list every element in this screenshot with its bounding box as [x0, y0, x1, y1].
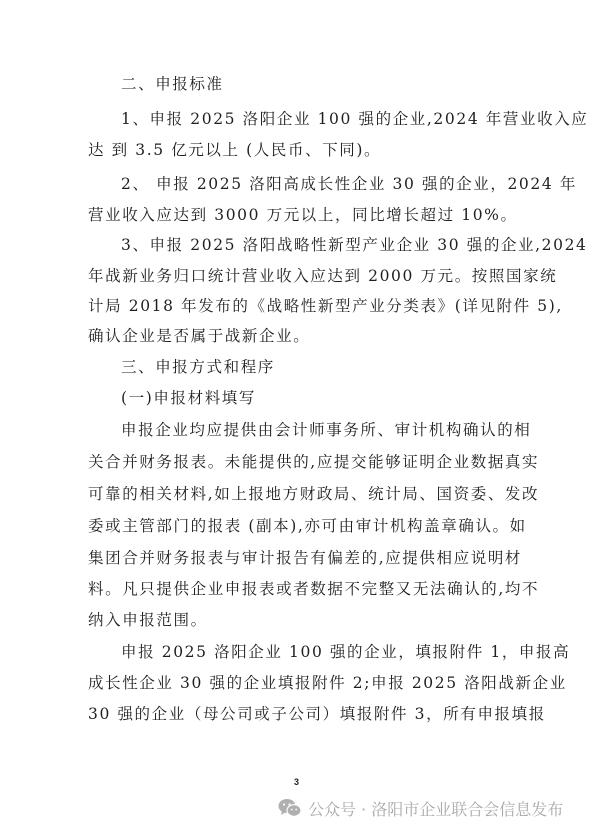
text-line: 二、申报标准 — [121, 72, 508, 96]
page-number: 3 — [294, 777, 299, 787]
text-line: 关合并财务报表。未能提供的,应提交能够证明企业数据真实 — [88, 450, 508, 474]
text-line: 营业收入应达到 3000 万元以上，同比增长超过 10%。 — [88, 203, 508, 227]
watermark: 公众号 · 洛阳市企业联合会信息发布 — [278, 796, 563, 820]
text-line: 集团合并财务报表与审计报告有偏差的,应提供相应说明材 — [88, 546, 508, 570]
text-line: 1、申报 2025 洛阳企业 100 强的企业,2024 年营业收入应 — [121, 107, 508, 131]
text-line: 申报企业均应提供由会计师事务所、审计机构确认的相 — [121, 418, 508, 442]
text-line: (一)申报材料填写 — [121, 386, 508, 410]
text-line: 成长性企业 30 强的企业填报附件 2;申报 2025 洛阳战新企业 — [88, 671, 508, 695]
wechat-icon — [278, 798, 302, 818]
text-line: 达 到 3.5 亿元以上 (人民币、下同)。 — [88, 138, 508, 162]
text-line: 年战新业务归口统计营业收入应达到 2000 万元。按照国家统 — [88, 264, 508, 288]
text-line: 纳入申报范围。 — [88, 608, 508, 632]
text-line: 2、 申报 2025 洛阳高成长性企业 30 强的企业，2024 年 — [121, 172, 508, 196]
text-line: 委或主管部门的报表 (副本),亦可由审计机构盖章确认。如 — [88, 514, 508, 538]
text-line: 料。凡只提供企业申报表或者数据不完整又无法确认的,均不 — [88, 577, 508, 601]
document-page: 二、申报标准1、申报 2025 洛阳企业 100 强的企业,2024 年营业收入… — [0, 0, 593, 834]
text-line: 可靠的相关材料,如上报地方财政局、统计局、国资委、发改 — [88, 482, 508, 506]
text-line: 确认企业是否属于战新企业。 — [88, 324, 508, 348]
watermark-text: 公众号 · 洛阳市企业联合会信息发布 — [308, 797, 563, 820]
text-line: 3、申报 2025 洛阳战略性新型产业企业 30 强的企业,2024 — [121, 233, 508, 257]
text-line: 30 强的企业（母公司或子公司）填报附件 3，所有申报填报 — [88, 702, 508, 726]
text-line: 三、申报方式和程序 — [121, 355, 508, 379]
text-line: 申报 2025 洛阳企业 100 强的企业，填报附件 1，申报高 — [121, 640, 508, 664]
text-line: 计局 2018 年发布的《战略性新型产业分类表》(详见附件 5), — [88, 294, 508, 318]
